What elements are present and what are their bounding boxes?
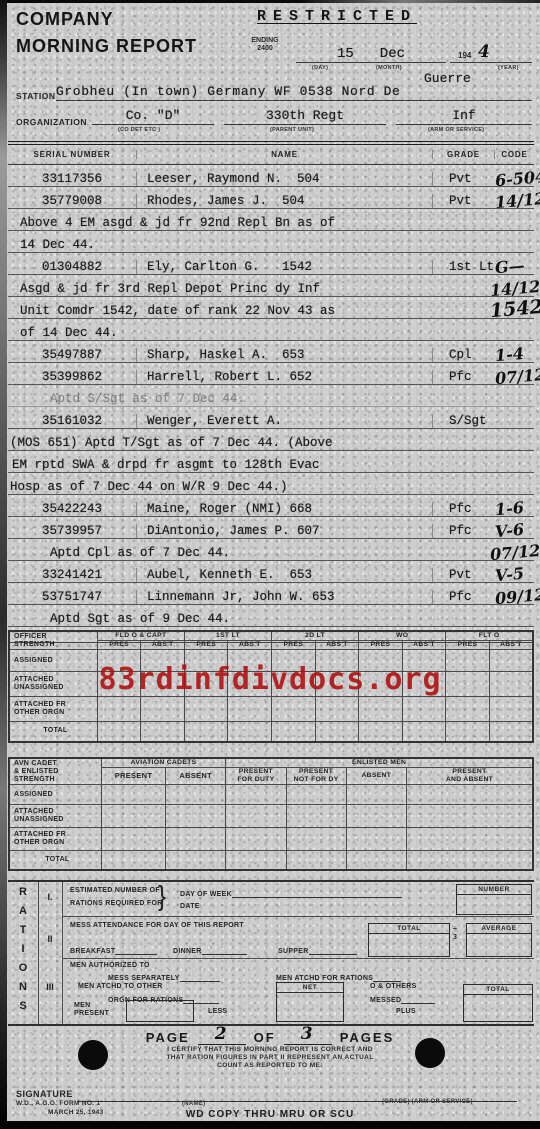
- number-box: NUMBER: [456, 884, 532, 915]
- col-code: CODE: [494, 150, 534, 159]
- scan-edge-bottom: [0, 1121, 540, 1129]
- row-attached-fr-other: ATTACHED FR OTHER ORGN: [9, 828, 101, 851]
- average-box: AVERAGE: [466, 923, 532, 957]
- men-present-box: [126, 1000, 194, 1022]
- men-authorized-label: MEN AUTHORIZED TO: [70, 962, 150, 969]
- col-name: NAME: [136, 150, 432, 159]
- section-i: I.: [38, 892, 62, 902]
- station-value: Grobheu (In town) Germany WF 0538 Nord D…: [56, 84, 532, 101]
- organization-row: ORGANIZATION: [16, 112, 87, 130]
- organization-label: ORGANIZATION: [16, 117, 87, 127]
- table-row: 53751747 Linnemann Jr, John W. 653 Pfc 0…: [8, 583, 534, 605]
- men-present-label: MEN PRESENT: [74, 1002, 109, 1018]
- row-total: TOTAL: [9, 722, 97, 742]
- signature-label: SIGNATURE: [16, 1089, 73, 1099]
- col-fldo-capt: FLD O & CAPT: [97, 631, 184, 641]
- row-total: TOTAL: [9, 851, 101, 870]
- col-ac-absent: ABSENT: [166, 768, 226, 785]
- certification-text: I CERTIFY THAT THIS MORNING REPORT IS CO…: [120, 1046, 420, 1070]
- net-box: NET: [276, 982, 344, 1022]
- grade-arm-sublabel: (GRADE) (ARM OR SERVICE): [382, 1099, 473, 1105]
- org-arm-sublabel: (ARM OR SERVICE): [428, 127, 484, 133]
- brace-glyph: }: [158, 881, 166, 913]
- row-assigned: ASSIGNED: [9, 785, 101, 805]
- table-row-note: of 14 Dec 44.: [8, 319, 534, 341]
- org-unit: Co. "D": [92, 108, 214, 125]
- subcol-abst: ABS'T: [402, 641, 446, 650]
- col-1st-lt: 1ST LT: [184, 631, 271, 641]
- group-enlisted-men: ENLISTED MEN: [226, 758, 533, 768]
- rations-numerals: I. II III: [38, 882, 63, 1024]
- roster-header: SERIAL NUMBER NAME GRADE CODE: [8, 145, 534, 165]
- page-number: 2: [198, 1024, 246, 1045]
- breakfast-label: BREAKFAST: [70, 945, 157, 955]
- roster-table: SERIAL NUMBER NAME GRADE CODE 33117356 L…: [8, 141, 534, 643]
- year-handwritten: 4: [478, 42, 490, 62]
- supper-label: SUPPER: [278, 945, 357, 955]
- table-row-note: EM rptd SWA & drpd fr asgmt to 128th Eva…: [8, 451, 534, 473]
- pages-label: PAGES: [340, 1030, 395, 1045]
- men-atchd-other-label: MEN ATCHD TO OTHER: [78, 983, 163, 990]
- restricted-classification: RESTRICTED: [222, 8, 452, 25]
- messed-label: MESSED: [370, 994, 435, 1004]
- date-label: DATE: [180, 903, 200, 910]
- ending-label: ENDING 2400: [240, 37, 290, 53]
- col-wo: WO: [359, 631, 446, 641]
- mess-separately-label: MESS SEPARATELY: [108, 972, 220, 982]
- rations-rail: RATIONS: [8, 882, 39, 1024]
- page-total: 3: [284, 1024, 332, 1045]
- col-em-present-not-duty: PRESENT NOT FOR DY: [286, 768, 346, 785]
- table-row: 33241421 Aubel, Kenneth E. 653 Pvt V-5: [8, 561, 534, 583]
- page-label: PAGE: [146, 1030, 190, 1045]
- row-attached-fr-other: ATTACHED FR OTHER ORGN: [9, 697, 97, 722]
- report-date: 15 Dec: [296, 44, 446, 63]
- col-em-absent: ABSENT: [346, 768, 406, 785]
- scan-edge-left: [0, 0, 7, 1129]
- page-indicator: PAGE 2 OF 3 PAGES: [0, 1024, 540, 1045]
- subcol-abst: ABS'T: [315, 641, 359, 650]
- table-row-note: Unit Comdr 1542, date of rank 22 Nov 43 …: [8, 297, 534, 319]
- form-title-morning-report: MORNING REPORT: [16, 36, 197, 57]
- col-grade: GRADE: [432, 150, 494, 159]
- org-arm-service: Inf: [396, 108, 532, 125]
- day-of-week-label: DAY OF WEEK: [180, 888, 402, 898]
- o-and-others-label: O & OTHERS: [370, 983, 417, 990]
- men-atchd-for-rations-label: MEN ATCHD FOR RATIONS: [276, 972, 401, 982]
- table-row-note: Aptd S/Sgt as of 7 Dec 44.: [8, 385, 534, 407]
- col-serial-number: SERIAL NUMBER: [8, 150, 136, 159]
- scan-edge-top: [0, 0, 540, 3]
- org-unit-sublabel: (CO DET ETC ): [118, 127, 160, 133]
- table-row: 35779008 Rhodes, James J. 504 Pvt 14/12: [8, 187, 534, 209]
- avn-strength-header: AVN CADET & ENLISTED STRENGTH: [9, 758, 101, 785]
- station-label: STATION: [16, 91, 56, 101]
- table-row: 01304882 Ely, Carlton G. 1542 1st Lt G—: [8, 253, 534, 275]
- year-sublabel: (YEAR): [498, 65, 519, 71]
- col-2d-lt: 2D LT: [272, 631, 359, 641]
- org-parent-unit: 330th Regt: [224, 108, 386, 125]
- row-attached-unassigned: ATTACHED UNASSIGNED: [9, 805, 101, 828]
- punch-hole-left: [78, 1040, 108, 1070]
- punch-hole-right: [415, 1038, 445, 1068]
- table-row: 35739957 DiAntonio, James P. 607 Pfc V-6: [8, 517, 534, 539]
- subcol-abst: ABS'T: [489, 641, 533, 650]
- date-day: 15: [337, 46, 354, 62]
- table-row: 33117356 Leeser, Raymond N. 504 Pvt 6-50…: [8, 165, 534, 187]
- subcol-pres: PRES: [359, 641, 403, 650]
- morning-report-scan: RESTRICTED COMPANY MORNING REPORT ENDING…: [0, 0, 540, 1129]
- table-row-note: Asgd & jd fr 3rd Repl Depot Princ dy Inf…: [8, 275, 534, 297]
- plus-label: PLUS: [396, 1008, 416, 1015]
- total-box-2: TOTAL: [463, 984, 533, 1022]
- section-ii: II: [38, 934, 62, 944]
- section-divider: [62, 916, 534, 917]
- section-divider: [62, 958, 534, 959]
- col-flt-o: FLT O: [446, 631, 533, 641]
- table-row-note: Aptd Sgt as of 9 Dec 44.: [8, 605, 534, 627]
- avn-enlisted-strength-table: AVN CADET & ENLISTED STRENGTH AVIATION C…: [8, 757, 534, 871]
- dinner-label: DINNER: [173, 945, 247, 955]
- officer-strength-header: OFFICER STRENGTH: [9, 631, 97, 650]
- wd-copy-note: WD COPY THRU MRU OR SCU: [120, 1109, 420, 1120]
- rations-required-line1: ESTIMATED NUMBER OF: [70, 887, 160, 894]
- col-ac-present: PRESENT: [101, 768, 165, 785]
- subcol-pres: PRES: [97, 641, 141, 650]
- mess-attendance-title: MESS ATTENDANCE FOR DAY OF THIS REPORT: [70, 922, 244, 929]
- rations-required-line2: RATIONS REQUIRED FOR: [70, 900, 163, 907]
- table-row-note: Hosp as of 7 Dec 44 on W/R 9 Dec 44.): [8, 473, 534, 495]
- subcol-pres: PRES: [184, 641, 228, 650]
- rations-section: RATIONS I. II III ESTIMATED NUMBER OF RA…: [8, 880, 534, 1026]
- table-row: 35161032 Wenger, Everett A. S/Sgt: [8, 407, 534, 429]
- of-label: OF: [254, 1030, 276, 1045]
- report-year: 194 4: [450, 40, 532, 63]
- table-row: 35422243 Maine, Roger (NMI) 668 Pfc 1-6: [8, 495, 534, 517]
- subcol-pres: PRES: [272, 641, 316, 650]
- station-row: STATION: [16, 86, 56, 104]
- name-sublabel: (NAME): [182, 1101, 205, 1107]
- date-month: Dec: [380, 46, 405, 62]
- form-title-company: COMPANY: [16, 9, 114, 30]
- month-sublabel: (MONTH): [376, 65, 402, 71]
- org-parent-sublabel: (PARENT UNIT): [270, 127, 314, 133]
- year-prefix: 194: [458, 51, 471, 60]
- divide-by-three: ÷ 3: [453, 926, 457, 942]
- total-box: TOTAL: [368, 923, 450, 957]
- col-em-present-absent: PRESENT AND ABSENT: [406, 768, 533, 785]
- subcol-abst: ABS'T: [141, 641, 185, 650]
- col-em-present-duty: PRESENT FOR DUTY: [226, 768, 286, 785]
- day-sublabel: (DAY): [312, 65, 328, 71]
- subcol-pres: PRES: [446, 641, 490, 650]
- subcol-abst: ABS'T: [228, 641, 272, 650]
- table-row-note: (MOS 651) Aptd T/Sgt as of 7 Dec 44. (Ab…: [8, 429, 534, 451]
- form-date: MARCH 25, 1943: [48, 1109, 104, 1116]
- section-iii: III: [38, 982, 62, 992]
- watermark: 83rdinfdivdocs.org: [0, 662, 540, 697]
- group-aviation-cadets: AVIATION CADETS: [101, 758, 225, 768]
- table-row: 35399862 Harrell, Robert L. 652 Pfc 07/1…: [8, 363, 534, 385]
- form-number: W.D., A.G.O. FORM NO. 1: [16, 1100, 100, 1107]
- table-row: 35497887 Sharp, Haskel A. 653 Cpl 1-4: [8, 341, 534, 363]
- table-row-note: Aptd Cpl as of 7 Dec 44. 07/12: [8, 539, 534, 561]
- table-row-note: 14 Dec 44.: [8, 231, 534, 253]
- less-label: LESS: [208, 1008, 227, 1015]
- table-row-note: Above 4 EM asgd & jd fr 92nd Repl Bn as …: [8, 209, 534, 231]
